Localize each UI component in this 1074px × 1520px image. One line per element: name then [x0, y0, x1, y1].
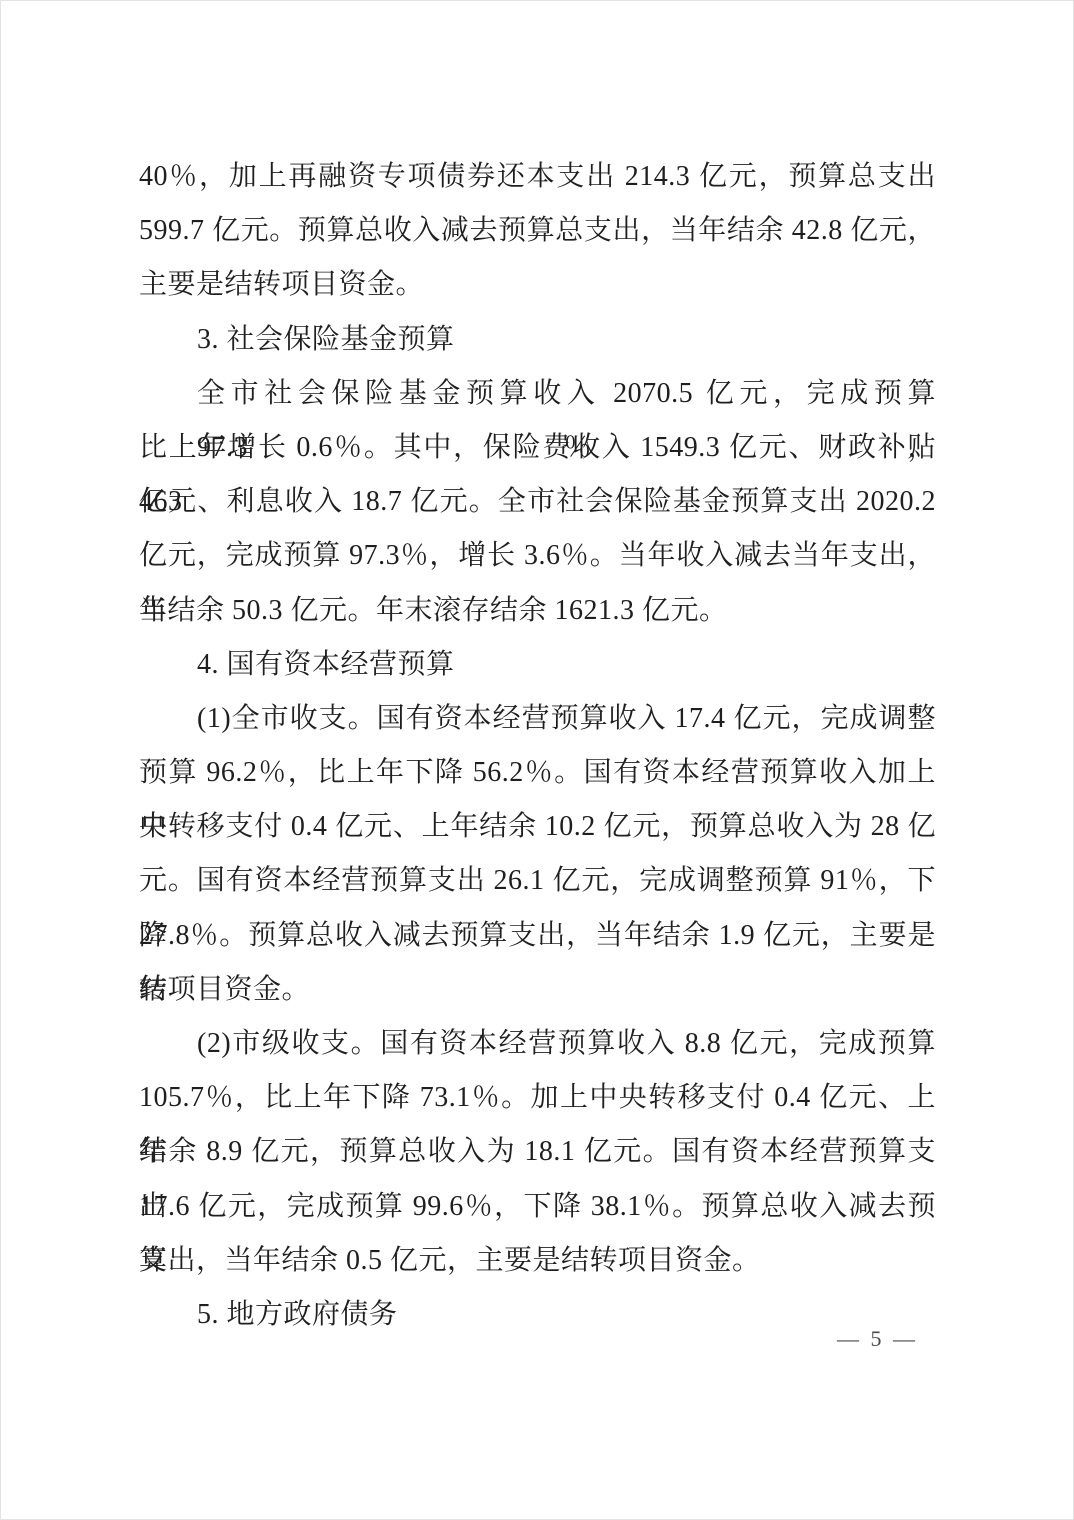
- text-line: 599.7 亿元。预算总收入减去预算总支出，当年结余 42.8 亿元，: [139, 204, 936, 258]
- text-line: 27.8％。预算总收入减去预算支出，当年结余 1.9 亿元，主要是结: [139, 909, 936, 963]
- section-heading-3: 3. 社会保险基金预算: [139, 313, 936, 367]
- text-line: (1)全市收支。国有资本经营预算收入 17.4 亿元，完成调整: [139, 692, 936, 746]
- text-line: 40％，加上再融资专项债券还本支出 214.3 亿元，预算总支出: [139, 150, 936, 204]
- text-line: 央转移支付 0.4 亿元、上年结余 10.2 亿元，预算总收入为 28 亿: [139, 800, 936, 854]
- text-line: 元。国有资本经营预算支出 26.1 亿元，完成调整预算 91％，下降: [139, 854, 936, 908]
- text-line: 全市社会保险基金预算收入 2070.5 亿元，完成预算 97.3％，: [139, 367, 936, 421]
- text-line: 预算 96.2％，比上年下降 56.2％。国有资本经营预算收入加上中: [139, 746, 936, 800]
- text-line: 105.7％，比上年下降 73.1％。加上中央转移支付 0.4 亿元、上年: [139, 1071, 936, 1125]
- section-heading-4: 4. 国有资本经营预算: [139, 638, 936, 692]
- page-number: — 5 —: [837, 1326, 918, 1352]
- text-line: 主要是结转项目资金。: [139, 258, 936, 312]
- text-line: 年结余 50.3 亿元。年末滚存结余 1621.3 亿元。: [139, 584, 936, 638]
- text-line: 亿元，完成预算 97.3％，增长 3.6％。当年收入减去当年支出，当: [139, 529, 936, 583]
- document-content: 40％，加上再融资专项债券还本支出 214.3 亿元，预算总支出 599.7 亿…: [139, 150, 936, 1342]
- document-page: 40％，加上再融资专项债券还本支出 214.3 亿元，预算总支出 599.7 亿…: [0, 0, 1074, 1520]
- text-line: 转项目资金。: [139, 963, 936, 1017]
- text-line: 支出，当年结余 0.5 亿元，主要是结转项目资金。: [139, 1234, 936, 1288]
- text-line: 比上年增长 0.6％。其中，保险费收入 1549.3 亿元、财政补贴 463: [139, 421, 936, 475]
- text-line: 17.6 亿元，完成预算 99.6％，下降 38.1％。预算总收入减去预算: [139, 1180, 936, 1234]
- text-line: 亿元、利息收入 18.7 亿元。全市社会保险基金预算支出 2020.2: [139, 475, 936, 529]
- text-line: 结余 8.9 亿元，预算总收入为 18.1 亿元。国有资本经营预算支出: [139, 1125, 936, 1179]
- section-heading-5: 5. 地方政府债务: [139, 1288, 936, 1342]
- text-line: (2)市级收支。国有资本经营预算收入 8.8 亿元，完成预算: [139, 1017, 936, 1071]
